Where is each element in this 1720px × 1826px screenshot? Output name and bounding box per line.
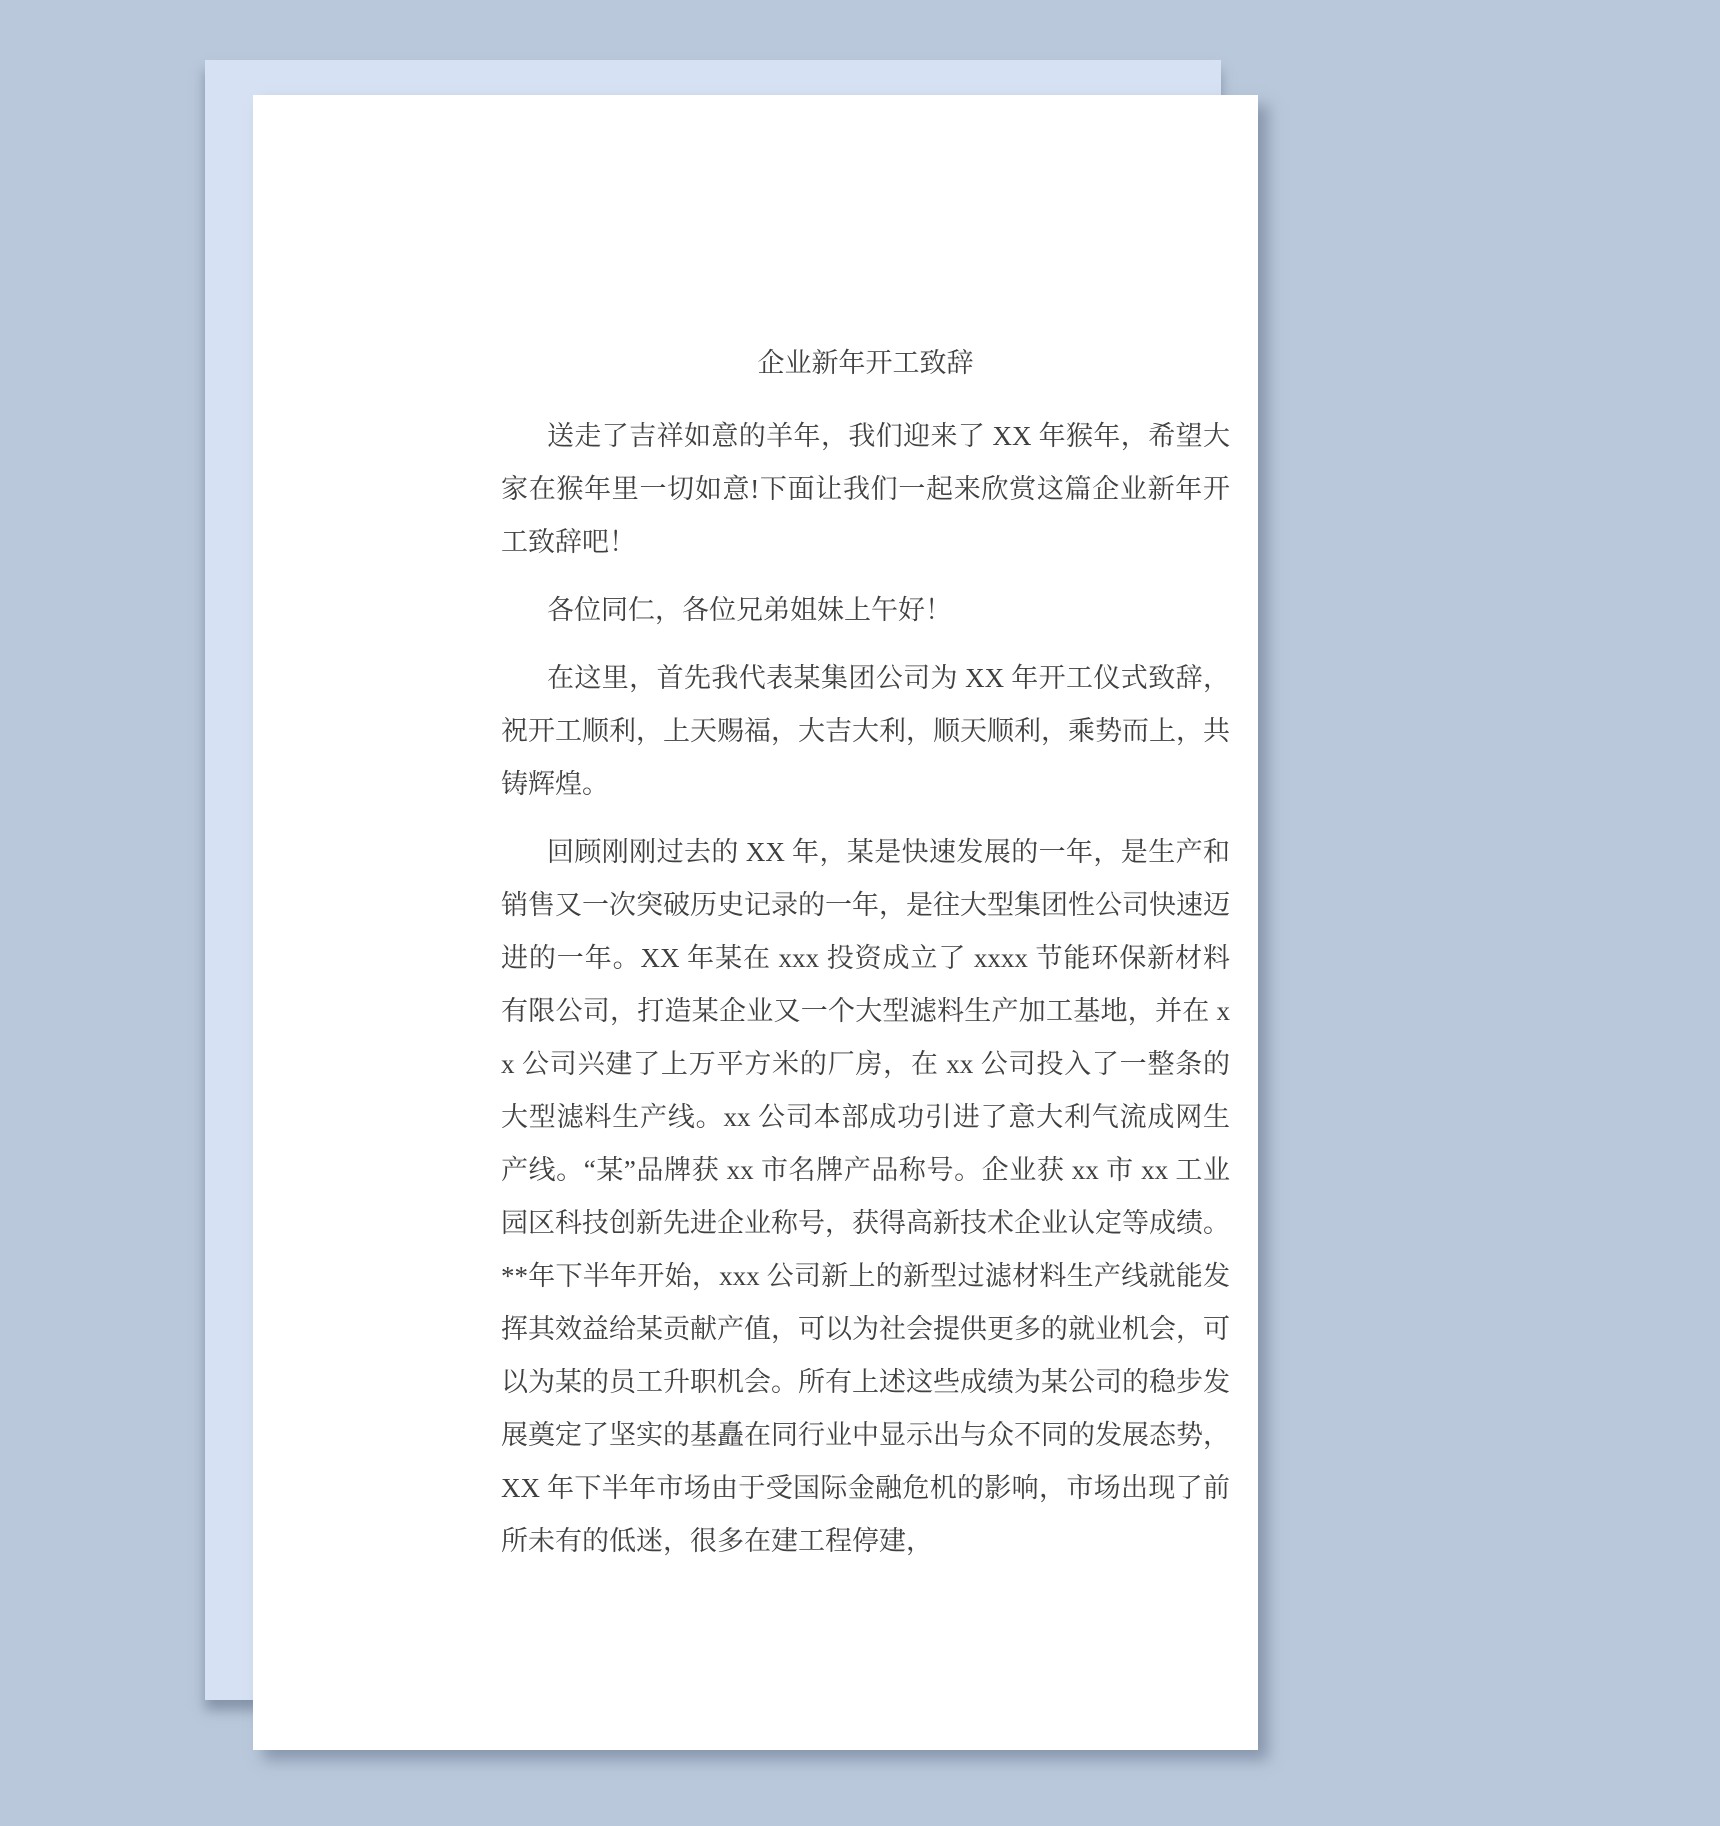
paragraph-opening-blessing: 在这里，首先我代表某集团公司为 XX 年开工仪式致辞，祝开工顺利，上天赐福，大吉… (501, 652, 1230, 811)
paragraph-greeting: 各位同仁，各位兄弟姐妹上午好！ (501, 584, 1230, 637)
document-title: 企业新年开工致辞 (501, 337, 1230, 390)
paragraph-intro: 送走了吉祥如意的羊年，我们迎来了 XX 年猴年，希望大家在猴年里一切如意!下面让… (501, 410, 1230, 569)
document-viewer-background: 企业新年开工致辞 送走了吉祥如意的羊年，我们迎来了 XX 年猴年，希望大家在猴年… (0, 0, 1720, 1826)
paragraph-year-review: 回顾刚刚过去的 XX 年，某是快速发展的一年，是生产和销售又一次突破历史记录的一… (501, 826, 1230, 1568)
document-page: 企业新年开工致辞 送走了吉祥如意的羊年，我们迎来了 XX 年猴年，希望大家在猴年… (253, 95, 1258, 1750)
